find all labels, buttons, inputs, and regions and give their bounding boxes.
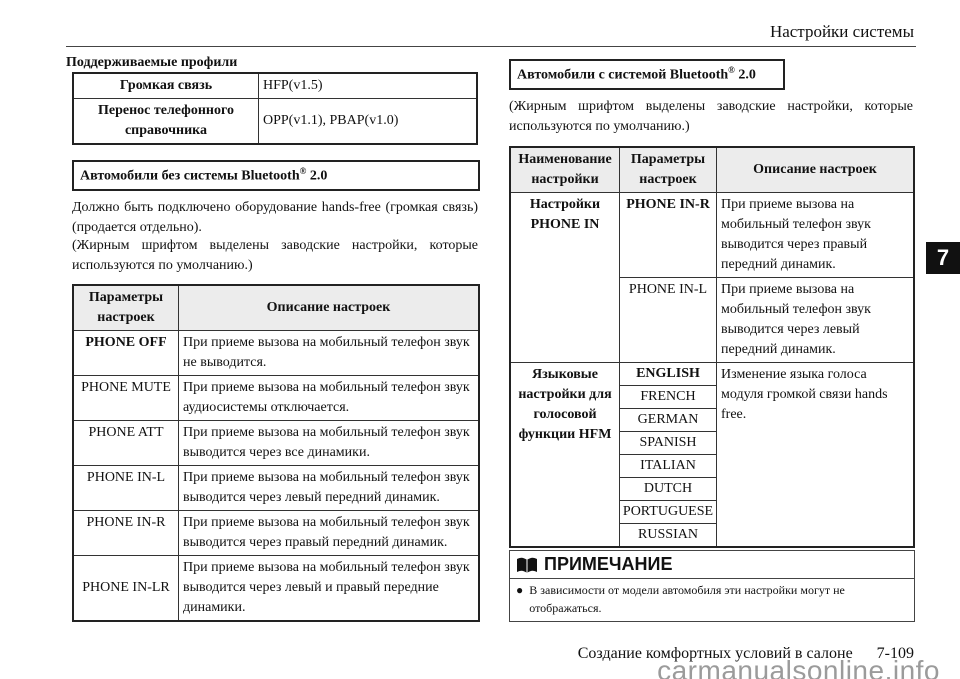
profile-name: Перенос телефонного справочника [73,99,259,145]
col-header-description: Описание настроек [717,147,915,193]
no-bt-para1: Должно быть подключено оборудование hand… [72,198,478,238]
registered-mark: ® [728,65,735,75]
table-row: PHONE IN-R При приеме вызова на мобильны… [73,511,479,556]
profile-value: HFP(v1.5) [259,73,478,99]
param-description: При приеме вызова на мобильный телефон з… [179,376,480,421]
param-value: PHONE IN-LR [73,556,179,622]
profile-value: OPP(v1.1), PBAP(v1.0) [259,99,478,145]
language-option: PORTUGUESE [620,501,717,524]
with-bt-heading-text: Автомобили с системой Bluetooth [517,68,728,83]
note-text: В зависимости от модели автомобиля эти н… [529,581,908,617]
note-body: ● В зависимости от модели автомобиля эти… [510,579,914,621]
no-bt-heading-text: Автомобили без системы Bluetooth [80,169,300,184]
no-bt-para2: (Жирным шрифтом выделены заводские настр… [72,236,478,276]
param-description: Изменение языка голоса модуля громкой св… [717,363,915,548]
note-box: ПРИМЕЧАНИЕ ● В зависимости от модели авт… [509,550,915,622]
language-option: ITALIAN [620,455,717,478]
with-bt-para: (Жирным шрифтом выделены заводские настр… [509,97,913,137]
profile-row: Громкая связь HFP(v1.5) [73,73,477,99]
page-header-title: Настройки системы [770,22,914,42]
table-row: PHONE MUTE При приеме вызова на мобильны… [73,376,479,421]
no-bt-settings-table: Параметры настроек Описание настроек PHO… [72,284,480,622]
col-header-params: Параметры настроек [73,285,179,331]
profile-name: Громкая связь [73,73,259,99]
language-option: DUTCH [620,478,717,501]
note-header: ПРИМЕЧАНИЕ [510,551,914,579]
table-row: PHONE IN-L При приеме вызова на мобильны… [73,466,479,511]
param-description: При приеме вызова на мобильный телефон з… [717,278,915,363]
language-option: ENGLISH [620,363,717,386]
language-option: FRENCH [620,386,717,409]
language-option: SPANISH [620,432,717,455]
param-description: При приеме вызова на мобильный телефон з… [179,331,480,376]
param-description: При приеме вызова на мобильный телефон з… [179,421,480,466]
col-header-description: Описание настроек [179,285,480,331]
table-row: PHONE IN-LR При приеме вызова на мобильн… [73,556,479,622]
language-option: RUSSIAN [620,524,717,548]
param-value: PHONE ATT [73,421,179,466]
with-bt-heading: Автомобили с системой Bluetooth® 2.0 [509,59,785,90]
profiles-title: Поддерживаемые профили [66,55,237,71]
col-header-setting-name: Наименование настройки [510,147,620,193]
param-value: PHONE IN-L [620,278,717,363]
param-value: PHONE IN-R [73,511,179,556]
with-bt-settings-table: Наименование настройки Параметры настрое… [509,146,915,548]
with-bt-heading-version: 2.0 [735,68,756,83]
watermark: carmanualsonline.info [657,655,940,679]
no-bt-heading: Автомобили без системы Bluetooth® 2.0 [72,160,480,191]
open-book-icon [516,556,538,574]
table-row: Языковые настройки для голосовой функции… [510,363,914,386]
param-description: При приеме вызова на мобильный телефон з… [717,193,915,278]
table-row: PHONE OFF При приеме вызова на мобильный… [73,331,479,376]
param-description: При приеме вызова на мобильный телефон з… [179,511,480,556]
param-value: PHONE OFF [73,331,179,376]
param-value: PHONE MUTE [73,376,179,421]
param-description: При приеме вызова на мобильный телефон з… [179,466,480,511]
bullet-icon: ● [516,581,523,617]
header-rule [66,46,916,47]
setting-group-name: Языковые настройки для голосовой функции… [510,363,620,548]
setting-group-name: Настройки PHONE IN [510,193,620,363]
note-title: ПРИМЕЧАНИЕ [544,554,672,575]
profile-row: Перенос телефонного справочника OPP(v1.1… [73,99,477,145]
col-header-params: Параметры настроек [620,147,717,193]
chapter-tab: 7 [926,242,960,274]
no-bt-heading-version: 2.0 [306,169,327,184]
param-value: PHONE IN-L [73,466,179,511]
profiles-table: Громкая связь HFP(v1.5)Перенос телефонно… [72,72,478,145]
param-description: При приеме вызова на мобильный телефон з… [179,556,480,622]
table-row: Настройки PHONE INPHONE IN-R При приеме … [510,193,914,278]
param-value: PHONE IN-R [620,193,717,278]
language-option: GERMAN [620,409,717,432]
table-row: PHONE ATT При приеме вызова на мобильный… [73,421,479,466]
